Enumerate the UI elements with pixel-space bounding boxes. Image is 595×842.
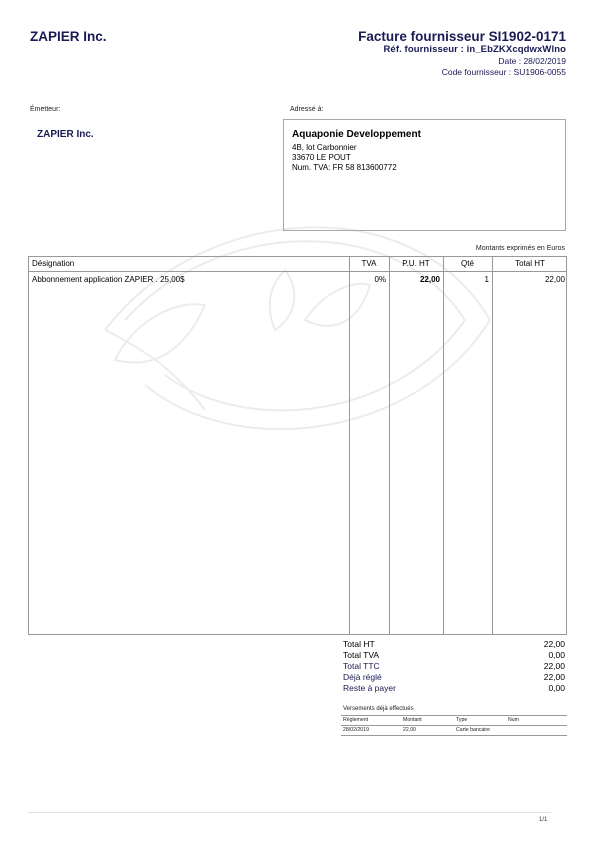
footer-divider bbox=[28, 812, 551, 813]
column-header-qty: Qté bbox=[443, 257, 492, 271]
invoice-header: Facture fournisseur SI1902-0171 Réf. fou… bbox=[358, 29, 566, 78]
line-qty: 1 bbox=[443, 273, 489, 287]
invoice-date: Date : 28/02/2019 bbox=[358, 56, 566, 67]
recipient-name: Aquaponie Developpement bbox=[292, 129, 421, 140]
total-label: Total HT bbox=[343, 639, 375, 650]
total-tva-row: Total TVA 0,00 bbox=[343, 650, 565, 661]
payment-date: 28/02/2019 bbox=[343, 726, 369, 735]
line-unit-price: 22,00 bbox=[389, 273, 440, 287]
column-divider bbox=[443, 257, 444, 634]
already-paid-row: Déjà réglé 22,00 bbox=[343, 672, 565, 683]
recipient-address-line: 4B, lot Carbonnier bbox=[292, 143, 356, 153]
column-header-total-ht: Total HT bbox=[492, 257, 568, 271]
column-divider bbox=[492, 257, 493, 634]
total-ttc-row: Total TTC 22,00 bbox=[343, 661, 565, 672]
line-total-ht: 22,00 bbox=[492, 273, 565, 287]
emitter-name: ZAPIER Inc. bbox=[37, 129, 94, 140]
payment-amount: 22,00 bbox=[403, 726, 416, 735]
total-label: Total TVA bbox=[343, 650, 379, 661]
total-value: 22,00 bbox=[544, 639, 565, 650]
supplier-code: Code fournisseur : SU1906-0055 bbox=[358, 67, 566, 78]
payments-header-row: Règlement Montant Type Num bbox=[341, 716, 567, 726]
payments-column-num: Num bbox=[508, 716, 519, 725]
payments-table: Règlement Montant Type Num 28/02/2019 22… bbox=[341, 715, 567, 736]
supplier-reference: Réf. fournisseur : in_EbZKXcqdwxWlno bbox=[358, 44, 566, 56]
column-header-designation: Désignation bbox=[32, 257, 74, 271]
invoice-lines-table: Désignation TVA P.U. HT Qté Total HT Abb… bbox=[28, 256, 567, 635]
total-label: Déjà réglé bbox=[343, 672, 382, 683]
payment-type: Carte bancaire bbox=[456, 726, 490, 735]
payments-column-amount: Montant bbox=[403, 716, 422, 725]
payments-title: Versements déjà effectués bbox=[343, 706, 414, 712]
column-divider bbox=[389, 257, 390, 634]
totals-block: Total HT 22,00 Total TVA 0,00 Total TTC … bbox=[343, 639, 565, 694]
recipient-address-line: 33670 LE POUT bbox=[292, 153, 351, 163]
total-value: 22,00 bbox=[544, 661, 565, 672]
company-name: ZAPIER Inc. bbox=[30, 29, 107, 44]
emitter-label: Émetteur: bbox=[30, 106, 60, 113]
total-value: 0,00 bbox=[548, 650, 565, 661]
column-header-unit-price: P.U. HT bbox=[389, 257, 443, 271]
total-value: 0,00 bbox=[548, 683, 565, 694]
remaining-to-pay-row: Reste à payer 0,00 bbox=[343, 683, 565, 694]
line-designation: Abbonnement application ZAPIER . 25,00$ bbox=[32, 273, 185, 287]
total-ht-row: Total HT 22,00 bbox=[343, 639, 565, 650]
total-value: 22,00 bbox=[544, 672, 565, 683]
currency-note: Montants exprimés en Euros bbox=[476, 245, 565, 252]
invoice-title: Facture fournisseur SI1902-0171 bbox=[358, 29, 566, 44]
payments-column-type: Type bbox=[456, 716, 467, 725]
column-divider bbox=[349, 257, 350, 634]
column-header-tva: TVA bbox=[349, 257, 389, 271]
recipient-address-box: Aquaponie Developpement 4B, lot Carbonni… bbox=[283, 119, 566, 231]
recipient-vat-number: Num. TVA: FR 58 813600772 bbox=[292, 163, 397, 173]
payment-row: 28/02/2019 22,00 Carte bancaire bbox=[341, 726, 567, 735]
recipient-label: Adressé à: bbox=[290, 106, 323, 113]
total-label: Reste à payer bbox=[343, 683, 396, 694]
page-number: 1/1 bbox=[539, 817, 547, 823]
payments-column-date: Règlement bbox=[343, 716, 368, 725]
line-tva: 0% bbox=[349, 273, 386, 287]
total-label: Total TTC bbox=[343, 661, 380, 672]
